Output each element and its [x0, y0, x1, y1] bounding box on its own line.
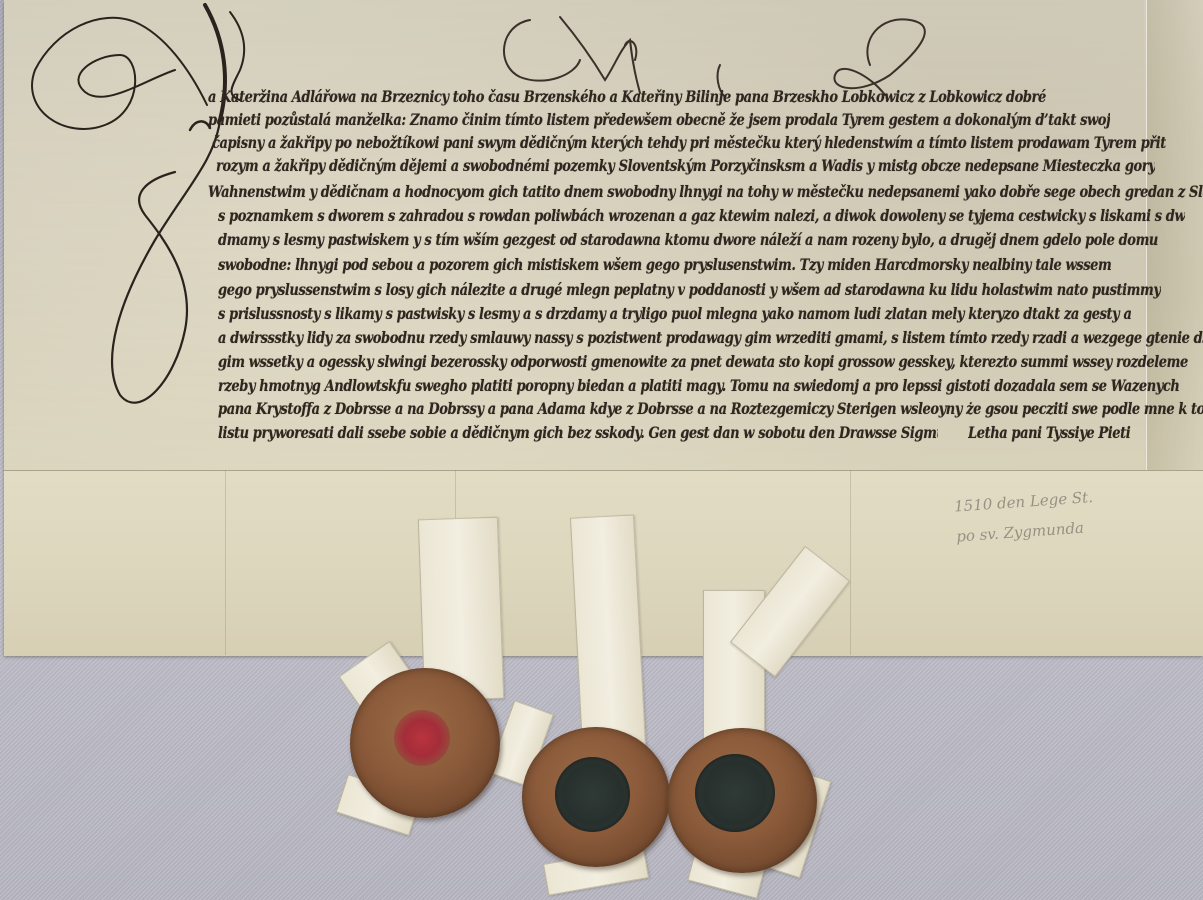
text-line: pana Krystoffa z Dobrsse a na Dobrssy a … — [218, 400, 1203, 419]
wax-seal-left — [350, 668, 500, 818]
text-line: swobodne: lhnygi pod sebou a pozorem gic… — [218, 256, 1111, 275]
text-line: gego pryslussenstwim s losy gich nálezit… — [218, 281, 1161, 300]
wax-seal-center — [522, 727, 670, 867]
crease-line — [225, 470, 226, 655]
decorated-initial-icon — [25, 0, 255, 410]
text-line: pamieti pozůstalá manželka: Znamo činim … — [208, 111, 1110, 130]
text-line: listu pryworesati dali ssebe sobie a děd… — [218, 424, 938, 443]
wax-seal-right — [667, 728, 817, 873]
flourish-w-icon — [490, 5, 950, 100]
text-line: dmamy s lesmy pastwiskem y s tím wším ge… — [218, 231, 1158, 250]
seal-impression-red — [394, 710, 450, 766]
text-line: a Kateržina Adlářowa na Brzeznicy toho č… — [208, 88, 1046, 107]
text-line: Letha pani Tyssiye Pieti — [968, 424, 1138, 443]
seal-impression-dark — [695, 754, 775, 832]
seal-tag — [570, 514, 646, 749]
text-line: rozym a žakřipy dědičným dějemi a swobod… — [216, 157, 1155, 176]
crease-line — [850, 470, 851, 655]
text-line: čapisny a žakřipy po nebožtíkowi pani sw… — [212, 134, 1166, 153]
text-line: Wahnenstwim y dědičnam a hodnocyom gich … — [208, 183, 1203, 202]
text-line: a dwirssstky lidy za swobodnu rzedy smla… — [218, 329, 1203, 348]
text-line: s poznamkem s dworem s zahradou s rowdan… — [218, 207, 1185, 226]
text-line: s prislussnosty s likamy s pastwisky s l… — [218, 305, 1131, 324]
text-line: gim wssetky a ogessky slwingi bezerossky… — [218, 353, 1188, 372]
seal-impression-dark — [555, 757, 630, 832]
text-line: rzeby hmotnyg Andlowtskfu swegho platiti… — [218, 377, 1179, 396]
